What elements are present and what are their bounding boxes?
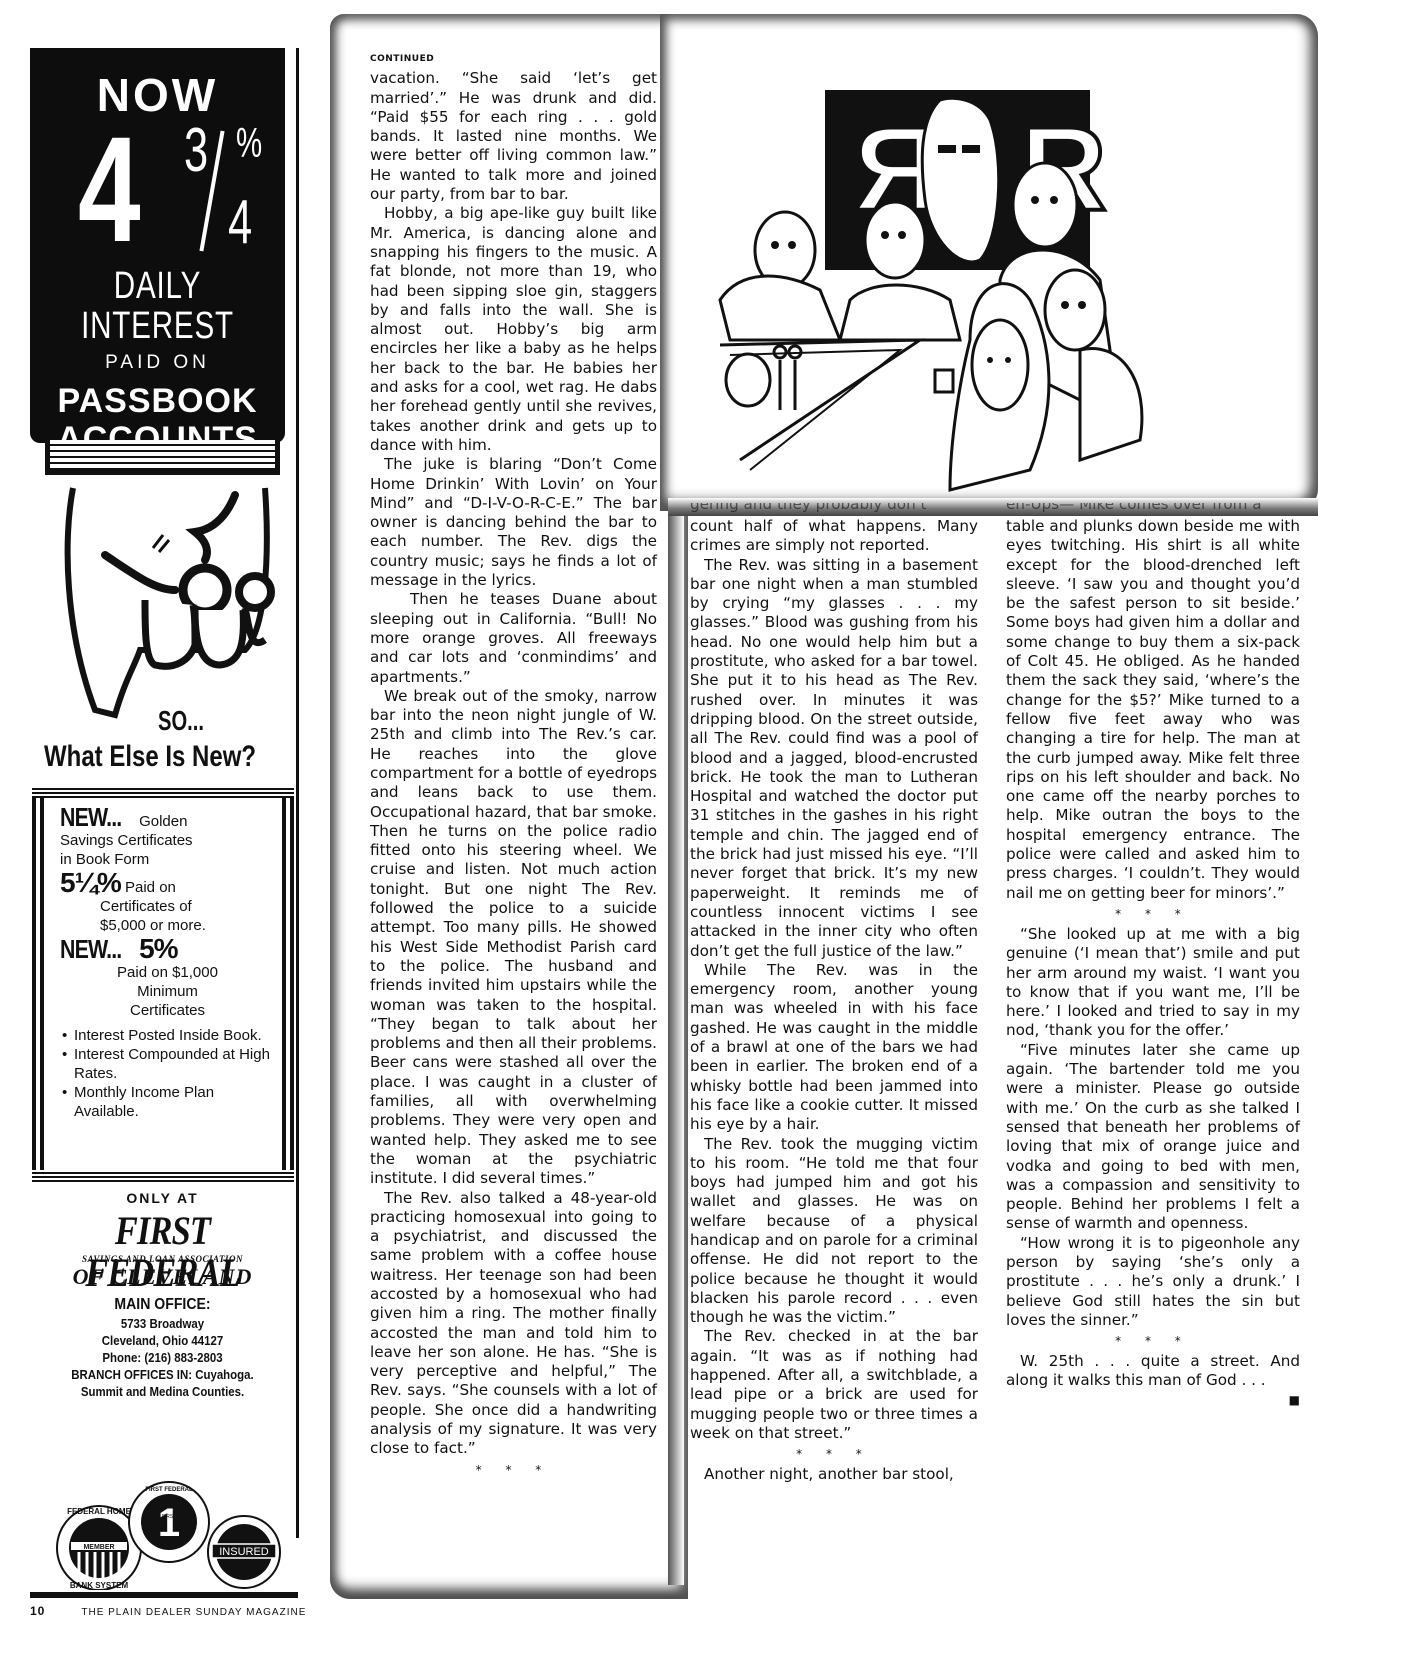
ad-headline-now: NOW — [30, 70, 285, 120]
svg-text:FIRST: FIRST — [162, 1514, 176, 1520]
address-line1: 5733 Broadway — [46, 1315, 279, 1332]
offer1-rate-desc2: Certificates of — [60, 897, 275, 916]
article-column-2: gering and they probably don’t count hal… — [690, 505, 978, 1485]
paragraph: The Rev. checked in at the bar again. “I… — [690, 1327, 978, 1443]
paragraph: The Rev. was sitting in a basement bar o… — [690, 556, 978, 961]
paragraph: “Five minutes later she came up again. ‘… — [1006, 1041, 1300, 1234]
paragraph: count half of what happens. Many crimes … — [690, 517, 978, 556]
bar-scene-illustration: R R — [700, 40, 1300, 500]
end-mark-icon: ■ — [1006, 1391, 1300, 1410]
paragraph: Then he teases Duane about sleeping out … — [370, 590, 657, 686]
offer1-line1: Golden — [139, 813, 187, 830]
section-break: * * * — [370, 1459, 657, 1481]
paragraph: Another night, another bar stool, — [690, 1465, 978, 1484]
offer1-line2: Savings Certificates — [60, 831, 275, 850]
page-footer: 10THE PLAIN DEALER SUNDAY MAGAZINE — [30, 1604, 306, 1618]
paragraph: We break out of the smoky, narrow bar in… — [370, 687, 657, 1189]
bullet-item: Monthly Income Plan Available. — [74, 1083, 275, 1121]
daily-interest-label: DAILY INTEREST — [58, 266, 257, 346]
rate-percent-sign: % — [236, 122, 262, 164]
article-column-1: CONTINUED vacation. “She said ‘let’s get… — [370, 50, 657, 1481]
footer-rule — [30, 1592, 298, 1598]
bank-advertisement: NOW 4 3 % 4 DAILY INTEREST PAID ON PASSB… — [30, 40, 300, 1580]
article-column-3: en-Ups— Mike comes over from a table and… — [1006, 505, 1300, 1410]
scroll-bottom-edge — [32, 1170, 294, 1182]
svg-text:MEMBER: MEMBER — [83, 1544, 114, 1551]
bullet-item: Interest Posted Inside Book. — [74, 1026, 275, 1045]
clipped-line: gering and they probably don’t — [690, 503, 978, 517]
paragraph: The juke is blaring “Don’t Come Home Dri… — [370, 455, 657, 590]
office-info: MAIN OFFICE: 5733 Broadway Cleveland, Oh… — [46, 1295, 279, 1400]
svg-text:FEDERAL HOME: FEDERAL HOME — [67, 1507, 132, 1516]
paragraph: Hobby, a big ape-like guy built like Mr.… — [370, 204, 657, 455]
svg-text:BANK SYSTEM: BANK SYSTEM — [70, 1581, 129, 1590]
section-break: * * * — [1006, 903, 1300, 925]
pointing-hand-icon — [45, 480, 275, 740]
paragraph: table and plunks down beside me with eye… — [1006, 517, 1300, 903]
ad-what-else-headline: What Else Is New? — [44, 740, 260, 774]
clipped-line: en-Ups— Mike comes over from a — [1006, 503, 1300, 517]
interest-rate: 4 3 % 4 — [30, 122, 285, 262]
paragraph: vacation. “She said ‘let’s get married’.… — [370, 69, 657, 204]
passbook-pages-icon — [45, 440, 280, 475]
bank-city: OF CLEVELAND — [30, 1264, 295, 1290]
only-at-label: ONLY AT — [30, 1190, 295, 1206]
offer2-rate: 5% — [139, 933, 177, 964]
address-line2: Cleveland, Ohio 44127 — [46, 1332, 279, 1349]
passbook-graphic: NOW 4 3 % 4 DAILY INTEREST PAID ON PASSB… — [30, 48, 285, 443]
branches-line1: BRANCH OFFICES IN: Cuyahoga. — [46, 1366, 279, 1383]
offer1-rate-desc1: Paid on — [125, 879, 176, 896]
rate-whole: 4 — [78, 114, 141, 264]
section-break: * * * — [690, 1443, 978, 1465]
svg-text:FIRST FEDERAL: FIRST FEDERAL — [145, 1487, 193, 1493]
ad-so: SO... — [158, 705, 204, 737]
svg-text:INSURED: INSURED — [219, 1546, 269, 1558]
rate-numerator: 3 — [184, 120, 208, 182]
bullet-item: Interest Compounded at High Rates. — [74, 1045, 275, 1083]
offer-bullets: Interest Posted Inside Book. Interest Co… — [60, 1026, 275, 1121]
offer2-desc3: Certificates — [60, 1001, 275, 1020]
main-office-label: MAIN OFFICE: — [46, 1295, 279, 1315]
bank-subtitle: SAVINGS AND LOAN ASSOCIATION — [30, 1254, 295, 1264]
insured-seal-icon: INSURED — [208, 1516, 280, 1588]
passbook-label: PASSBOOK — [30, 382, 285, 420]
paragraph: The Rev. took the mugging victim to his … — [690, 1135, 978, 1328]
paragraph: “How wrong it is to pigeonhole any perso… — [1006, 1234, 1300, 1330]
paragraph: W. 25th . . . quite a street. And along … — [1006, 1352, 1300, 1391]
scroll-top-edge — [32, 786, 294, 798]
branches-line2: Summit and Medina Counties. — [46, 1383, 279, 1400]
offer2-desc1: Paid on $1,000 — [60, 963, 275, 982]
continued-label: CONTINUED — [370, 50, 657, 69]
paid-on-label: PAID ON — [30, 352, 285, 374]
paragraph: The Rev. also talked a 48-year-old pract… — [370, 1189, 657, 1459]
rate-denominator: 4 — [228, 192, 252, 254]
seals-group: MEMBER FEDERAL HOME BANK SYSTEM 1 FIRST … — [44, 1480, 304, 1590]
page-number: 10 — [30, 1604, 45, 1618]
svg-text:1: 1 — [158, 1501, 180, 1545]
ad-border-rule — [296, 48, 299, 1538]
frame-inner-edge — [668, 505, 684, 1585]
offer2-desc2: Minimum — [60, 982, 275, 1001]
paragraph: While The Rev. was in the emergency room… — [690, 961, 978, 1135]
paragraph: “She looked up at me with a big genuine … — [1006, 925, 1300, 1041]
offer1-new: NEW... — [60, 808, 121, 827]
publication-name: THE PLAIN DEALER SUNDAY MAGAZINE — [81, 1607, 306, 1618]
offer-details: NEW... Golden Savings Certificates in Bo… — [60, 808, 275, 1121]
offer1-rate: 5¼% — [60, 867, 121, 898]
offer-scroll-box: NEW... Golden Savings Certificates in Bo… — [32, 788, 294, 1178]
phone: Phone: (216) 883-2803 — [46, 1349, 279, 1366]
section-break: * * * — [1006, 1330, 1300, 1352]
offer2-new: NEW... — [60, 940, 121, 959]
first-in-ohio-seal-icon: 1 FIRST FIRST FEDERAL — [129, 1482, 209, 1562]
